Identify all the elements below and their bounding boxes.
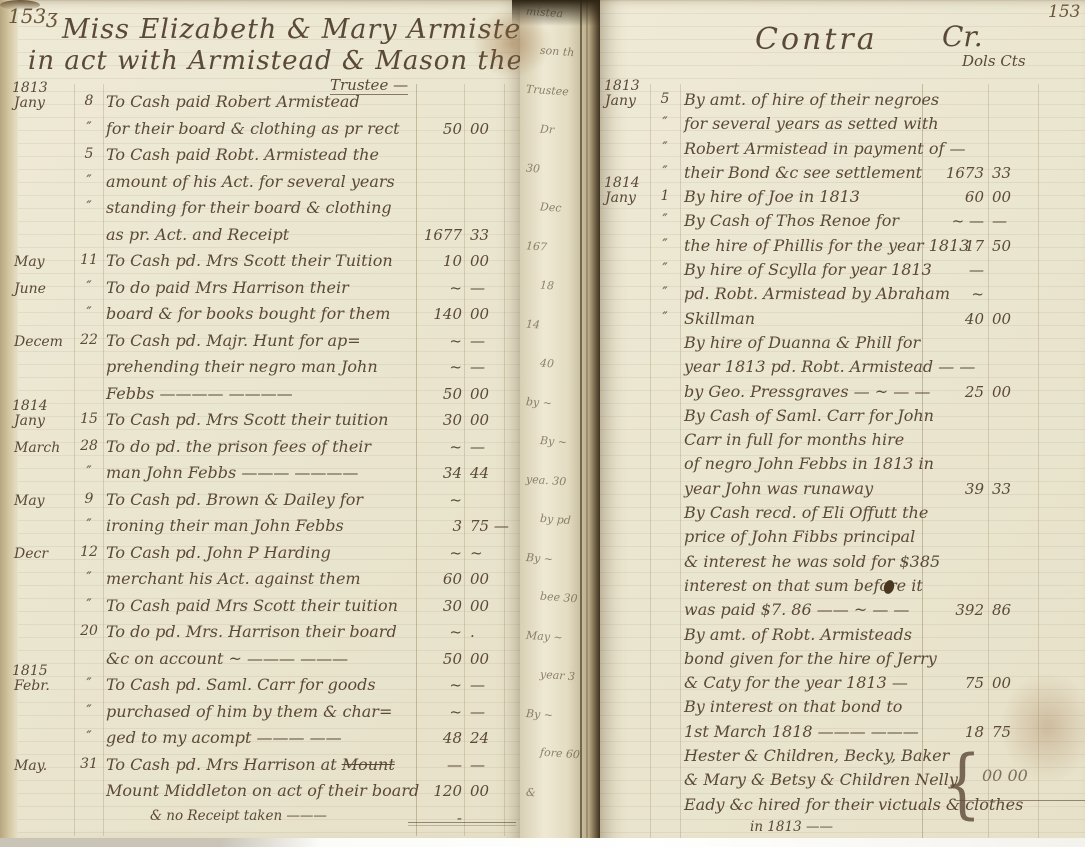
amount-cents: — bbox=[992, 212, 1038, 230]
entry-text: by Geo. Pressgraves — ~ — — bbox=[684, 382, 930, 401]
amount-cents: 00 bbox=[470, 252, 510, 270]
ledger-row: ″To Cash paid Mrs Scott their tuition300… bbox=[0, 596, 520, 623]
ledger-row: 1st March 1818 ——— ———1875 bbox=[600, 722, 1085, 746]
entry-day: ″ bbox=[76, 464, 102, 480]
amount-dollars: 3 bbox=[414, 517, 462, 535]
amount-cents: — bbox=[470, 358, 510, 376]
binding-shadow bbox=[512, 0, 612, 26]
entry-text: &c on account ~ ——— ——— bbox=[106, 649, 348, 668]
entry-day: ″ bbox=[76, 517, 102, 533]
entry-month: June bbox=[14, 281, 46, 297]
amount-cents: 33 bbox=[470, 226, 510, 244]
amount-cents: 33 bbox=[992, 480, 1038, 498]
gutter-fragment: Dec bbox=[540, 200, 562, 214]
amount-dollars: — bbox=[928, 261, 984, 279]
amount-cents: — bbox=[470, 756, 510, 774]
entry-day: 11 bbox=[76, 252, 102, 268]
entry-day: ″ bbox=[652, 212, 678, 228]
right-entries: 1813Jany5By amt. of hire of their negroe… bbox=[600, 90, 1085, 843]
entry-month: Decem bbox=[14, 334, 63, 350]
entry-text: By Cash of Saml. Carr for John bbox=[684, 406, 934, 425]
amount-dollars: 392 bbox=[928, 601, 984, 619]
entry-year: 1814 bbox=[604, 175, 640, 191]
entry-text: By amt. of Robt. Armisteads bbox=[684, 625, 912, 644]
ledger-row: &c on account ~ ——— ———5000 bbox=[0, 649, 520, 676]
entry-month: Febr. bbox=[14, 678, 50, 694]
ledger-row: Decr12To Cash pd. John P Harding~~ bbox=[0, 543, 520, 570]
entry-day: ″ bbox=[76, 570, 102, 586]
account-title-line1: Miss Elizabeth & Mary Armistead bbox=[62, 14, 557, 45]
entry-text: for their board & clothing as pr rect bbox=[106, 119, 400, 138]
ledger-row: ″for several years as setted with bbox=[600, 114, 1085, 138]
gutter-fragment: May ~ bbox=[526, 629, 564, 645]
ledger-row: ″the hire of Phillis for the year 181317… bbox=[600, 236, 1085, 260]
ledger-row: ″Robert Armistead in payment of — bbox=[600, 139, 1085, 163]
gutter-fragment: By ~ bbox=[540, 434, 568, 449]
ledger-row: May11To Cash pd. Mrs Scott their Tuition… bbox=[0, 251, 520, 278]
fold-line bbox=[580, 0, 582, 847]
entry-text: pd. Robt. Armistead by Abraham bbox=[684, 284, 950, 303]
ledger-row: ″Skillman4000 bbox=[600, 309, 1085, 333]
gutter-fragment: by ~ bbox=[526, 395, 553, 410]
entry-text: as pr. Act. and Receipt bbox=[106, 225, 289, 244]
gutter-fragment: 167 bbox=[526, 239, 548, 253]
amount-cents: 00 bbox=[992, 188, 1038, 206]
currency-column-label: Dols Cts bbox=[962, 52, 1026, 70]
account-title-line2: in act with Armistead & Mason their Dr bbox=[28, 46, 590, 76]
amount-dollars: 25 bbox=[928, 383, 984, 401]
entry-day: 12 bbox=[76, 544, 102, 560]
amount-dollars: 17 bbox=[928, 237, 984, 255]
entry-text: year John was runaway bbox=[684, 479, 873, 498]
amount-dollars: 120 bbox=[414, 782, 462, 800]
entry-text: amount of his Act. for several years bbox=[106, 172, 395, 191]
entry-text: man John Febbs ——— ———— bbox=[106, 463, 358, 482]
ledger-row: ″By Cash of Thos Renoe for~ —— bbox=[600, 211, 1085, 235]
entry-text: By amt. of hire of their negroes bbox=[684, 90, 939, 109]
ledger-row: 1814Jany15To Cash pd. Mrs Scott their tu… bbox=[0, 410, 520, 437]
entry-text: price of John Fibbs principal bbox=[684, 527, 915, 546]
ledger-row: Mount Middleton on act of their board120… bbox=[0, 781, 520, 808]
entry-month: May bbox=[14, 254, 45, 270]
ledger-row: ″standing for their board & clothing bbox=[0, 198, 520, 225]
entry-month: March bbox=[14, 440, 60, 456]
ledger-row: 20To do pd. Mrs. Harrison their board~. bbox=[0, 622, 520, 649]
entry-text: their Bond &c see settlement bbox=[684, 163, 922, 182]
entry-month: May bbox=[14, 493, 45, 509]
ledger-row: By hire of Duanna & Phill for bbox=[600, 333, 1085, 357]
entry-day: 1 bbox=[652, 188, 678, 204]
gutter-fragment: 30 bbox=[526, 162, 541, 176]
amount-dollars: ~ bbox=[414, 438, 462, 456]
amount-cents: 00 bbox=[470, 570, 510, 588]
total-underline bbox=[408, 825, 516, 826]
entry-text: To do pd. Mrs. Harrison their board bbox=[106, 622, 397, 641]
amount-dollars: 140 bbox=[414, 305, 462, 323]
amount-cents: 00 bbox=[470, 650, 510, 668]
amount-cents: 00 bbox=[992, 310, 1038, 328]
entry-text: By hire of Joe in 1813 bbox=[684, 187, 860, 206]
entry-text: Skillman bbox=[684, 309, 755, 328]
ledger-row: By interest on that bond to bbox=[600, 697, 1085, 721]
entry-text: prehending their negro man John bbox=[106, 357, 378, 376]
entry-day: ″ bbox=[76, 279, 102, 295]
entry-text: & no Receipt taken ——— bbox=[150, 808, 327, 824]
amount-cents: 00 bbox=[992, 674, 1038, 692]
left-ledger-page: 153ʒ Miss Elizabeth & Mary Armistead in … bbox=[0, 0, 520, 840]
ledger-row: price of John Fibbs principal bbox=[600, 527, 1085, 551]
ledger-row: year 1813 pd. Robt. Armistead — — bbox=[600, 357, 1085, 381]
entry-text: of negro John Febbs in 1813 in bbox=[684, 454, 934, 473]
amount-cents: 00 bbox=[992, 383, 1038, 401]
entry-day: 8 bbox=[76, 93, 102, 109]
amount-dollars: ~ bbox=[414, 332, 462, 350]
amount-cents: 75 — bbox=[470, 517, 510, 535]
gutter-fragment: yea. 30 bbox=[526, 473, 567, 489]
amount-dollars: ~ — bbox=[928, 212, 984, 230]
ledger-row: ″ironing their man John Febbs375 — bbox=[0, 516, 520, 543]
entry-text: in 1813 —— bbox=[750, 819, 833, 835]
amount-dollars: ~ bbox=[414, 544, 462, 562]
entry-day: ″ bbox=[652, 115, 678, 131]
gutter-fragment: 18 bbox=[540, 279, 555, 293]
entry-day: ″ bbox=[652, 164, 678, 180]
entry-text: was paid $7. 86 —— ~ — — bbox=[684, 600, 909, 619]
entry-day: ″ bbox=[76, 305, 102, 321]
gutter-fragment: 40 bbox=[540, 357, 555, 371]
fold-line bbox=[586, 0, 588, 847]
ledger-row: was paid $7. 86 —— ~ — —39286 bbox=[600, 600, 1085, 624]
ledger-row: By Cash recd. of Eli Offutt the bbox=[600, 503, 1085, 527]
entry-text: Hester & Children, Becky, Baker bbox=[684, 746, 949, 765]
entry-day: ″ bbox=[76, 173, 102, 189]
entry-text: By Cash of Thos Renoe for bbox=[684, 211, 899, 230]
entry-day: 28 bbox=[76, 438, 102, 454]
entry-text: 1st March 1818 ——— ——— bbox=[684, 722, 919, 741]
ledger-row: ″purchased of him by them & char=~— bbox=[0, 702, 520, 729]
right-ledger-page: 153 Contra Cr. Dols Cts 1813Jany5By amt.… bbox=[600, 0, 1085, 847]
entry-text: for several years as setted with bbox=[684, 114, 939, 133]
amount-dollars: ~ bbox=[414, 358, 462, 376]
amount-cents: 00 bbox=[470, 597, 510, 615]
entry-day: 22 bbox=[76, 332, 102, 348]
ledger-row: & Caty for the year 1813 —7500 bbox=[600, 673, 1085, 697]
amount-dollars: ~ bbox=[928, 285, 984, 303]
amount-dollars: 1673 bbox=[928, 164, 984, 182]
entry-text: Mount Middleton on act of their board bbox=[106, 781, 419, 800]
ledger-row: 1813Jany5By amt. of hire of their negroe… bbox=[600, 90, 1085, 114]
entry-text: Carr in full for months hire bbox=[684, 430, 904, 449]
ledger-row: 1813Jany8To Cash paid Robert Armistead bbox=[0, 92, 520, 119]
amount-cents: 44 bbox=[470, 464, 510, 482]
ledger-row: ″man John Febbs ——— ————3444 bbox=[0, 463, 520, 490]
amount-dollars: ~ bbox=[414, 491, 462, 509]
ledger-row: 5To Cash paid Robt. Armistead the bbox=[0, 145, 520, 172]
gutter-fragment: By ~ bbox=[526, 707, 554, 722]
ledger-row: & no Receipt taken ———- bbox=[0, 808, 520, 835]
amount-dollars: 75 bbox=[928, 674, 984, 692]
entry-month: Jany bbox=[14, 413, 45, 429]
ledger-row: as pr. Act. and Receipt167733 bbox=[0, 225, 520, 252]
amount-dollars: - bbox=[414, 809, 462, 827]
credit-abbreviation: Cr. bbox=[942, 20, 983, 53]
entry-text: board & for books bought for them bbox=[106, 304, 390, 323]
entry-text: To Cash pd. Brown & Dailey for bbox=[106, 490, 363, 509]
entry-text: By hire of Scylla for year 1813 bbox=[684, 260, 932, 279]
left-page-number: 153ʒ bbox=[8, 4, 57, 28]
entry-day: ″ bbox=[652, 285, 678, 301]
amount-dollars: — bbox=[414, 756, 462, 774]
ledger-row: ″board & for books bought for them14000 bbox=[0, 304, 520, 331]
gutter-fragment: 14 bbox=[526, 318, 541, 332]
contra-heading: Contra bbox=[755, 22, 878, 57]
entry-day: 9 bbox=[76, 491, 102, 507]
brace-amount: 00 00 bbox=[982, 766, 1028, 785]
entry-day: 5 bbox=[652, 91, 678, 107]
entry-month: May. bbox=[14, 758, 47, 774]
entry-year: 1815 bbox=[12, 663, 48, 679]
entry-text: To Cash pd. Mrs Scott their tuition bbox=[106, 410, 388, 429]
entry-text: bond given for the hire of Jerry bbox=[684, 649, 937, 668]
amount-cents: 50 bbox=[992, 237, 1038, 255]
amount-dollars: 1677 bbox=[414, 226, 462, 244]
entry-text: ged to my acompt ——— —— bbox=[106, 728, 342, 747]
ledger-row: May9To Cash pd. Brown & Dailey for~ bbox=[0, 490, 520, 517]
entry-text: To do paid Mrs Harrison their bbox=[106, 278, 349, 297]
ledger-row: prehending their negro man John~— bbox=[0, 357, 520, 384]
ledger-row: ″their Bond &c see settlement167333 bbox=[600, 163, 1085, 187]
amount-cents: — bbox=[470, 279, 510, 297]
ledger-row: by Geo. Pressgraves — ~ — —2500 bbox=[600, 382, 1085, 406]
amount-dollars: 60 bbox=[414, 570, 462, 588]
ledger-row: May.31To Cash pd. Mrs Harrison at Mount—… bbox=[0, 755, 520, 782]
amount-cents: . bbox=[470, 623, 510, 641]
ledger-row: of negro John Febbs in 1813 in bbox=[600, 454, 1085, 478]
photo-background bbox=[0, 838, 1085, 847]
brace-mark: { bbox=[943, 738, 982, 827]
amount-dollars: 50 bbox=[414, 120, 462, 138]
amount-dollars: ~ bbox=[414, 623, 462, 641]
entry-text: the hire of Phillis for the year 1813 bbox=[684, 236, 969, 255]
amount-cents: 00 bbox=[470, 305, 510, 323]
amount-dollars: ~ bbox=[414, 676, 462, 694]
entry-text: Febbs ———— ———— bbox=[106, 384, 293, 403]
ledger-photo: 153ʒ Miss Elizabeth & Mary Armistead in … bbox=[0, 0, 1085, 847]
amount-dollars: 48 bbox=[414, 729, 462, 747]
entry-month: Jany bbox=[14, 95, 45, 111]
ledger-row: Decem22To Cash pd. Majr. Hunt for ap=~— bbox=[0, 331, 520, 358]
gutter-fragment: By ~ bbox=[526, 551, 554, 566]
entry-text: To Cash pd. Mrs Harrison at Mount bbox=[106, 755, 395, 774]
entry-day: ″ bbox=[76, 703, 102, 719]
entry-day: ″ bbox=[652, 261, 678, 277]
ledger-row: ″ged to my acompt ——— ——4824 bbox=[0, 728, 520, 755]
gutter-fragment: fore 60 bbox=[540, 746, 581, 762]
entry-month: Jany bbox=[605, 93, 636, 109]
gutter-fragment: by pd bbox=[540, 512, 572, 527]
ledger-row: & interest he was sold for $385 bbox=[600, 552, 1085, 576]
entry-day: ″ bbox=[652, 140, 678, 156]
entry-text: To do pd. the prison fees of their bbox=[106, 437, 371, 456]
entry-text: By interest on that bond to bbox=[684, 697, 902, 716]
entry-day: ″ bbox=[76, 120, 102, 136]
gutter-fragment: & bbox=[526, 786, 537, 800]
ledger-row: year John was runaway3933 bbox=[600, 479, 1085, 503]
amount-dollars: 50 bbox=[414, 650, 462, 668]
amount-cents: — bbox=[470, 438, 510, 456]
entry-text: & interest he was sold for $385 bbox=[684, 552, 940, 571]
amount-cents: 00 bbox=[470, 411, 510, 429]
ledger-row: 1815Febr.″To Cash pd. Saml. Carr for goo… bbox=[0, 675, 520, 702]
entry-day: 15 bbox=[76, 411, 102, 427]
amount-cents: ~ bbox=[470, 544, 510, 562]
ledger-row: Eady &c hired for their victuals & cloth… bbox=[600, 795, 1085, 819]
entry-day: ″ bbox=[76, 199, 102, 215]
total-underline bbox=[408, 822, 516, 823]
amount-cents: — bbox=[470, 676, 510, 694]
entry-text: To Cash pd. Saml. Carr for goods bbox=[106, 675, 376, 694]
ledger-row: By amt. of Robt. Armisteads bbox=[600, 625, 1085, 649]
entry-day: 31 bbox=[76, 756, 102, 772]
ledger-row: interest on that sum before it bbox=[600, 576, 1085, 600]
amount-cents: — bbox=[470, 332, 510, 350]
amount-cents: 00 bbox=[470, 120, 510, 138]
entry-text: By hire of Duanna & Phill for bbox=[684, 333, 920, 352]
entry-text: year 1813 pd. Robt. Armistead — — bbox=[684, 357, 975, 376]
entry-text: To Cash paid Robert Armistead bbox=[106, 92, 360, 111]
entry-text: To Cash paid Mrs Scott their tuition bbox=[106, 596, 398, 615]
gutter-fragment: son th bbox=[540, 44, 575, 59]
amount-cents: 33 bbox=[992, 164, 1038, 182]
ledger-row: March28To do pd. the prison fees of thei… bbox=[0, 437, 520, 464]
entry-year: 1813 bbox=[12, 80, 48, 96]
entry-day: ″ bbox=[76, 729, 102, 745]
ledger-row: By Cash of Saml. Carr for John bbox=[600, 406, 1085, 430]
struck-word: Mount bbox=[342, 755, 395, 774]
gutter-fragment: Trustee bbox=[526, 83, 570, 99]
ledger-row: Carr in full for months hire bbox=[600, 430, 1085, 454]
amount-cents: 00 bbox=[470, 385, 510, 403]
ledger-row: June″To do paid Mrs Harrison their~— bbox=[0, 278, 520, 305]
entry-text: Robert Armistead in payment of — bbox=[684, 139, 965, 158]
amount-dollars: 39 bbox=[928, 480, 984, 498]
ledger-row: ″for their board & clothing as pr rect50… bbox=[0, 119, 520, 146]
entry-text: purchased of him by them & char= bbox=[106, 702, 392, 721]
entry-day: 5 bbox=[76, 146, 102, 162]
entry-text: To Cash pd. John P Harding bbox=[106, 543, 331, 562]
entry-year: 1813 bbox=[604, 78, 640, 94]
gutter-fragment: year 3 bbox=[540, 668, 576, 683]
amount-dollars: 30 bbox=[414, 597, 462, 615]
entry-text: merchant his Act. against them bbox=[106, 569, 361, 588]
amount-dollars: 50 bbox=[414, 385, 462, 403]
ledger-row: ″merchant his Act. against them6000 bbox=[0, 569, 520, 596]
entry-day: ″ bbox=[76, 597, 102, 613]
entry-text: & Mary & Betsy & Children Nelly bbox=[684, 770, 958, 789]
ledger-row: Febbs ———— ————5000 bbox=[0, 384, 520, 411]
amount-dollars: 40 bbox=[928, 310, 984, 328]
left-entries: 1813Jany8To Cash paid Robert Armistead″f… bbox=[0, 92, 520, 834]
entry-text: To Cash paid Robt. Armistead the bbox=[106, 145, 379, 164]
gutter-fragment: Dr bbox=[540, 123, 555, 137]
amount-cents: 00 bbox=[470, 782, 510, 800]
amount-dollars: 10 bbox=[414, 252, 462, 270]
entry-day: 20 bbox=[76, 623, 102, 639]
entry-text: & Caty for the year 1813 — bbox=[684, 673, 908, 692]
entry-text: interest on that sum before it bbox=[684, 576, 923, 595]
entry-text: By Cash recd. of Eli Offutt the bbox=[684, 503, 928, 522]
gutter-fragment: bee 30 bbox=[540, 590, 578, 606]
entry-month: Decr bbox=[14, 546, 48, 562]
ledger-row: 1814Jany1By hire of Joe in 18136000 bbox=[600, 187, 1085, 211]
entry-day: ″ bbox=[76, 676, 102, 692]
ledger-row: ″pd. Robt. Armistead by Abraham~ bbox=[600, 284, 1085, 308]
amount-dollars: 34 bbox=[414, 464, 462, 482]
entry-text: standing for their board & clothing bbox=[106, 198, 392, 217]
binding-gutter: misteason thTrusteeDr30Dec167181440by ~B… bbox=[520, 0, 600, 847]
entry-year: 1814 bbox=[12, 398, 48, 414]
amount-dollars: ~ bbox=[414, 279, 462, 297]
amount-cents: — bbox=[470, 703, 510, 721]
ledger-row: ″By hire of Scylla for year 1813— bbox=[600, 260, 1085, 284]
amount-dollars: ~ bbox=[414, 703, 462, 721]
entry-day: ″ bbox=[652, 310, 678, 326]
entry-day: ″ bbox=[652, 237, 678, 253]
amount-cents: 75 bbox=[992, 723, 1038, 741]
amount-cents: 24 bbox=[470, 729, 510, 747]
amount-cents: 86 bbox=[992, 601, 1038, 619]
ledger-row: ″amount of his Act. for several years bbox=[0, 172, 520, 199]
entry-text: To Cash pd. Majr. Hunt for ap= bbox=[106, 331, 361, 350]
entry-month: Jany bbox=[605, 190, 636, 206]
right-page-number: 153 bbox=[1048, 2, 1080, 22]
entry-text: ironing their man John Febbs bbox=[106, 516, 344, 535]
amount-dollars: 60 bbox=[928, 188, 984, 206]
amount-dollars: 30 bbox=[414, 411, 462, 429]
ledger-row: bond given for the hire of Jerry bbox=[600, 649, 1085, 673]
entry-text: To Cash pd. Mrs Scott their Tuition bbox=[106, 251, 393, 270]
